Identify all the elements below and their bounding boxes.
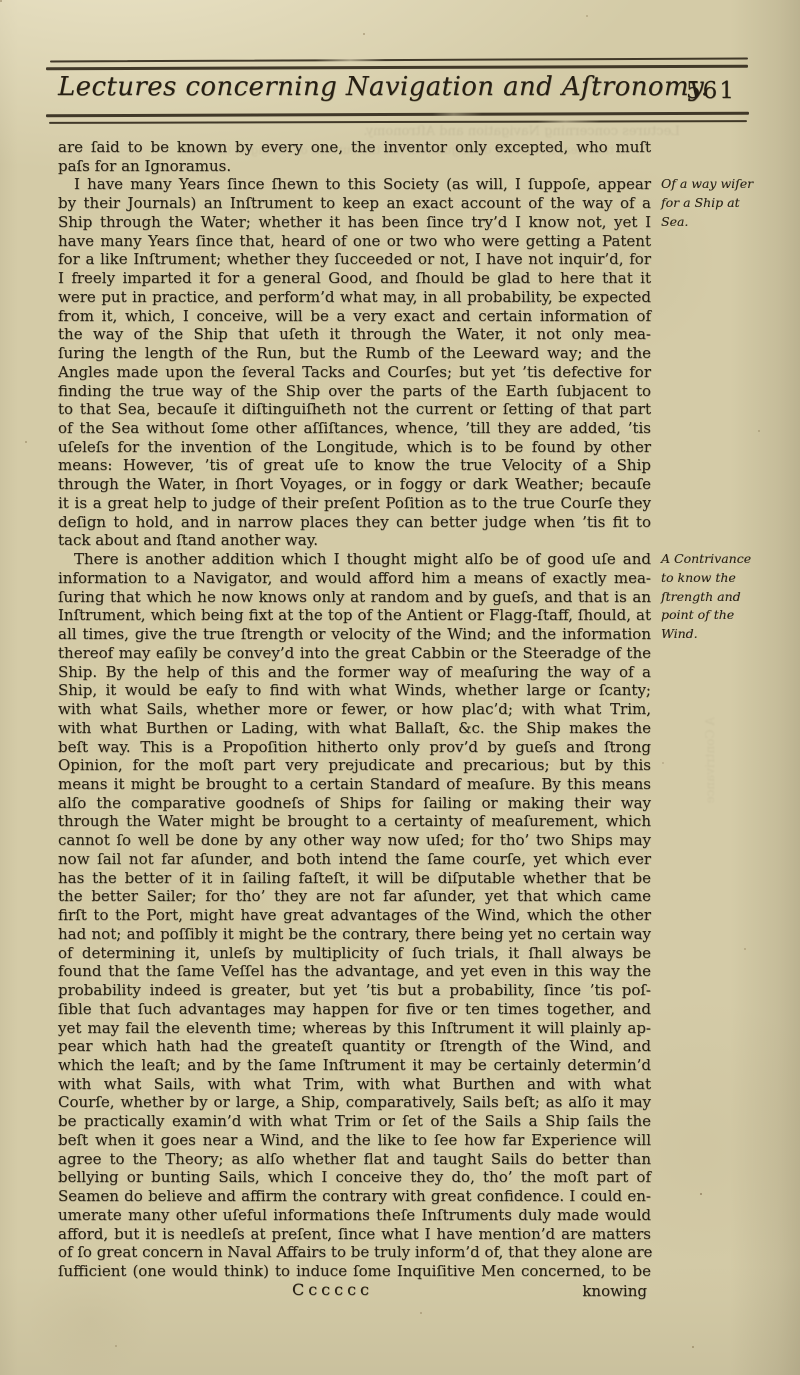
body-line: paſs for an Ignoramus. <box>58 157 651 176</box>
body-line: had not; and poſſibly it might be the co… <box>58 925 651 944</box>
body-line: to that Sea, becauſe it diſtinguiſheth n… <box>58 400 651 419</box>
body-line: afford, but it is needleſs at preſent, ſ… <box>58 1225 651 1244</box>
body-line: through the Water might be brought to a … <box>58 812 651 831</box>
body-line: Seamen do believe and affirm the contrar… <box>58 1187 651 1206</box>
body-line: uſeleſs for the invention of the Longitu… <box>58 438 651 457</box>
body-line: by their Journals) an Inſtrument to keep… <box>58 194 651 213</box>
body-line: were put in practice, and perform’d what… <box>58 288 651 307</box>
head-rule-lower-thick <box>46 112 749 117</box>
body-line: the way of the Ship that uſeth it throug… <box>58 325 651 344</box>
verso-showthrough-header: Lectures concerning Navigation and Aſtro… <box>120 124 680 139</box>
body-line: Ship, it would be eaſy to find with what… <box>58 681 651 700</box>
margin-note-line: for a Ship at <box>661 194 779 213</box>
margin-note-line: to know the <box>661 569 779 588</box>
body-line: of the Sea without ſome other aſſiſtance… <box>58 419 651 438</box>
catchword: knowing <box>582 1282 647 1300</box>
body-line: I freely imparted it for a general Good,… <box>58 269 651 288</box>
body-line: means it might be brought to a certain S… <box>58 775 651 794</box>
body-line: Courſe, whether by or large, a Ship, com… <box>58 1093 651 1112</box>
body-line: cannot ſo well be done by any other way … <box>58 831 651 850</box>
body-line: beſt way. This is a Propoſition hitherto… <box>58 738 651 757</box>
body-line: Inſtrument, which being fixt at the top … <box>58 606 651 625</box>
body-line: Ship through the Water; whether it has b… <box>58 213 651 232</box>
body-line: through the Water, in ſhort Voyages, or … <box>58 475 651 494</box>
body-line: with what Sails, whether more or fewer, … <box>58 700 651 719</box>
body-line: the better Sailer; for tho’ they are not… <box>58 887 651 906</box>
body-line: yet may fail the eleventh time; whereas … <box>58 1019 651 1038</box>
body-line: with what Sails, with what Trim, with wh… <box>58 1075 651 1094</box>
body-line: be practically examin’d with what Trim o… <box>58 1112 651 1131</box>
head-rule-upper-thin <box>50 57 748 62</box>
body-line: pear which hath had the greateſt quantit… <box>58 1037 651 1056</box>
margin-note-line: A Contrivance <box>661 550 779 569</box>
signature-mark: Cccccc <box>36 1280 629 1299</box>
body-text: are ſaid to be known by every one, the i… <box>58 138 651 1281</box>
body-line: ſuring that which he now knows only at r… <box>58 588 651 607</box>
signature-row: Cccccc knowing <box>58 1280 651 1300</box>
body-line: for a like Inſtrument; whether they ſucc… <box>58 250 651 269</box>
running-head-title: Lectures concerning Navigation and Aſtro… <box>58 72 658 112</box>
head-rule-upper-thick <box>46 65 748 70</box>
margin-note: A Contrivanceto know theſtrength andpoin… <box>661 550 779 644</box>
body-line: agree to the Theory; as alſo whether fla… <box>58 1150 651 1169</box>
body-line: are ſaid to be known by every one, the i… <box>58 138 651 157</box>
body-line: now ſail not far aſunder, and both inten… <box>58 850 651 869</box>
body-line: of determining it, unleſs by multiplicit… <box>58 944 651 963</box>
body-line: Opinion, for the moſt part very prejudic… <box>58 756 651 775</box>
body-line: of ſo great concern in Naval Affairs to … <box>58 1243 651 1262</box>
margin-note-line: Wind. <box>661 625 779 644</box>
book-page: Lectures concerning Navigation and Aſtro… <box>0 0 800 1375</box>
head-rule-lower-thin <box>49 120 747 124</box>
body-line: means: However, ’tis of great uſe to kno… <box>58 456 651 475</box>
margin-note-line: point of the <box>661 606 779 625</box>
body-line: umerate many other uſeful informations t… <box>58 1206 651 1225</box>
page-number: 561 <box>686 78 752 104</box>
body-line: has the better of it in ſailing faſteſt,… <box>58 869 651 888</box>
body-line: have many Years ſince that, heard of one… <box>58 232 651 251</box>
body-line: Ship. By the help of this and the former… <box>58 663 651 682</box>
body-line: information to a Navigator, and would af… <box>58 569 651 588</box>
margin-note-line: Sea. <box>661 213 779 232</box>
margin-note: Of a way wiſerfor a Ship atSea. <box>661 175 779 231</box>
body-line: from it, which, I conceive, will be a ve… <box>58 307 651 326</box>
body-line: finding the true way of the Ship over th… <box>58 382 651 401</box>
margin-note-line: ſtrength and <box>661 588 779 607</box>
body-line: it is a great help to judge of their pre… <box>58 494 651 513</box>
body-line: firſt to the Port, might have great adva… <box>58 906 651 925</box>
body-line: ſible that ſuch advantages may happen fo… <box>58 1000 651 1019</box>
body-line: Angles made upon the ſeveral Tacks and C… <box>58 363 651 382</box>
margin-note-line: Of a way wiſer <box>661 175 779 194</box>
body-line: which the leaſt; and by the ſame Inſtrum… <box>58 1056 651 1075</box>
body-line: found that the ſame Veſſel has the advan… <box>58 962 651 981</box>
body-line: beſt when it goes near a Wind, and the l… <box>58 1131 651 1150</box>
body-line: ſuring the length of the Run, but the Ru… <box>58 344 651 363</box>
body-line: alſo the comparative goodneſs of Ships f… <box>58 794 651 813</box>
body-line: all times, give the true ſtrength or vel… <box>58 625 651 644</box>
paper-specks <box>0 0 2 2</box>
body-line: thereof may eaſily be convey’d into the … <box>58 644 651 663</box>
body-line: There is another addition which I though… <box>58 550 651 569</box>
body-line: probability indeed is greater, but yet ’… <box>58 981 651 1000</box>
body-line: tack about and ſtand another way. <box>58 531 651 550</box>
body-line: ſufficient (one would think) to induce ſ… <box>58 1262 651 1281</box>
body-line: deſign to hold, and in narrow places the… <box>58 513 651 532</box>
body-line: bellying or bunting Sails, which I conce… <box>58 1168 651 1187</box>
body-line: with what Burthen or Lading, with what B… <box>58 719 651 738</box>
body-line: I have many Years ſince ſhewn to this So… <box>58 175 651 194</box>
verso-showthrough-mid: A Contrivance <box>703 717 717 857</box>
